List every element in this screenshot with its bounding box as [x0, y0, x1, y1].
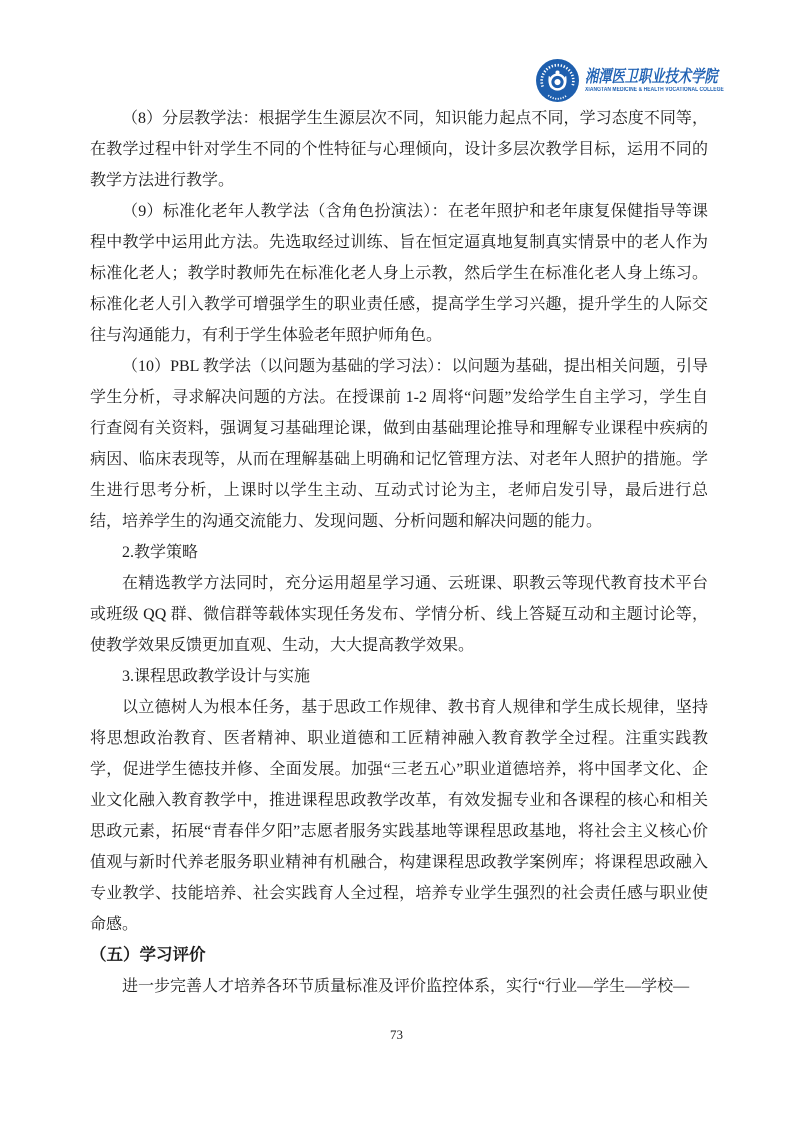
document-body: （8）分层教学法：根据学生生源层次不同，知识能力起点不同，学习态度不同等，在教学…: [90, 103, 708, 1002]
section-heading-learning-evaluation: （五）学习评价: [90, 940, 708, 971]
paragraph-teaching-strategy-title: 2.教学策略: [90, 537, 708, 568]
college-logo: 湘潭医卫职业技术学院 XIANGTAN MEDICINE & HEALTH VO…: [535, 58, 755, 103]
page-number: 73: [0, 1027, 793, 1043]
paragraph-ideology-design: 以立德树人为根本任务，基于思政工作规律、教书育人规律和学生成长规律，坚持将思想政…: [90, 692, 708, 940]
paragraph-teaching-strategy: 在精选教学方法同时，充分运用超星学习通、云班课、职教云等现代教育技术平台或班级 …: [90, 568, 708, 661]
college-name-zh: 湘潭医卫职业技术学院: [585, 67, 718, 86]
paragraph-teaching-method-10-pbl: （10）PBL 教学法（以问题为基础的学习法）：以问题为基础，提出相关问题，引导…: [90, 351, 708, 537]
college-name-en: XIANGTAN MEDICINE & HEALTH VOCATIONAL CO…: [585, 86, 724, 94]
paragraph-learning-evaluation: 进一步完善人才培养各环节质量标准及评价监控体系，实行“行业—学生—学校—: [90, 971, 708, 1002]
paragraph-ideology-title: 3.课程思政教学设计与实施: [90, 661, 708, 692]
college-emblem-icon: [535, 58, 580, 103]
paragraph-teaching-method-9: （9）标准化老年人教学法（含角色扮演法）：在老年照护和老年康复保健指导等课程中教…: [90, 196, 708, 351]
document-page: 湘潭医卫职业技术学院 XIANGTAN MEDICINE & HEALTH VO…: [0, 0, 793, 1122]
paragraph-teaching-method-8: （8）分层教学法：根据学生生源层次不同，知识能力起点不同，学习态度不同等，在教学…: [90, 103, 708, 196]
college-logo-text: 湘潭医卫职业技术学院 XIANGTAN MEDICINE & HEALTH VO…: [585, 67, 755, 94]
